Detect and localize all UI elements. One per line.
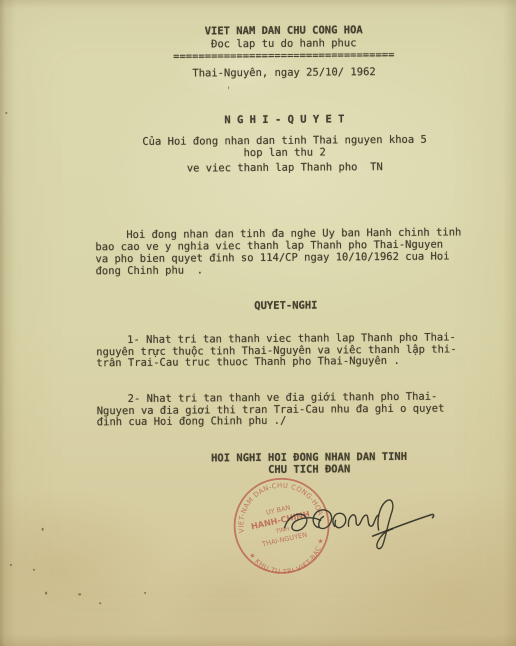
paper-speck [5, 112, 7, 114]
paragraph-item-2: 2- Nhat tri tan thanh ve đia giới thanh … [97, 391, 477, 428]
paragraph-preamble: Hoi đong nhan dan tinh đa nghe Uy ban Ha… [95, 227, 475, 278]
subtitle-line3: ve viec thanh lap Thanh pho TN [95, 160, 475, 175]
header-separator: =================================== [94, 48, 474, 63]
date-line: Thai-Nguyên, ngay 25/10/ 1962 [94, 65, 474, 80]
document-title: N G H I - Q U Y E T [94, 112, 474, 127]
official-stamp: VIET-NAM DAN-CHU CONG-HOA ★ KHU TU TRI V… [218, 463, 346, 588]
paragraph-line: đong Chinh phu . [96, 263, 476, 278]
paper-speck [144, 592, 146, 594]
stamp-icon: VIET-NAM DAN-CHU CONG-HOA ★ KHU TU TRI V… [218, 463, 346, 588]
paper-speck [10, 564, 12, 566]
paper-speck [228, 86, 229, 89]
section-heading: QUYET-NGHI [96, 298, 476, 313]
paper-speck [78, 593, 81, 595]
paper-speck [33, 569, 35, 571]
subtitle-line2: hop lan thu 2 [95, 146, 475, 161]
document-content: VIET NAM DAN CHU CONG HOA Đoc lap tu do … [0, 0, 516, 646]
paragraph-line: đinh cua Hoi đong Chinh phu ./ [97, 414, 477, 428]
paper-speck [99, 602, 101, 604]
paper-speck [45, 592, 47, 595]
document-page: VIET NAM DAN CHU CONG HOA Đoc lap tu do … [0, 0, 516, 646]
paragraph-item-1: 1- Nhat tri tan thanh viec thanh lap Tha… [96, 332, 476, 369]
paper-speck [42, 528, 44, 531]
document-subtitle: Của Hoi đong nhan dan tinh Thai nguyen k… [95, 133, 475, 161]
paragraph-line: trân Trai-Cau truc thuoc Thanh pho Thai-… [96, 355, 476, 369]
